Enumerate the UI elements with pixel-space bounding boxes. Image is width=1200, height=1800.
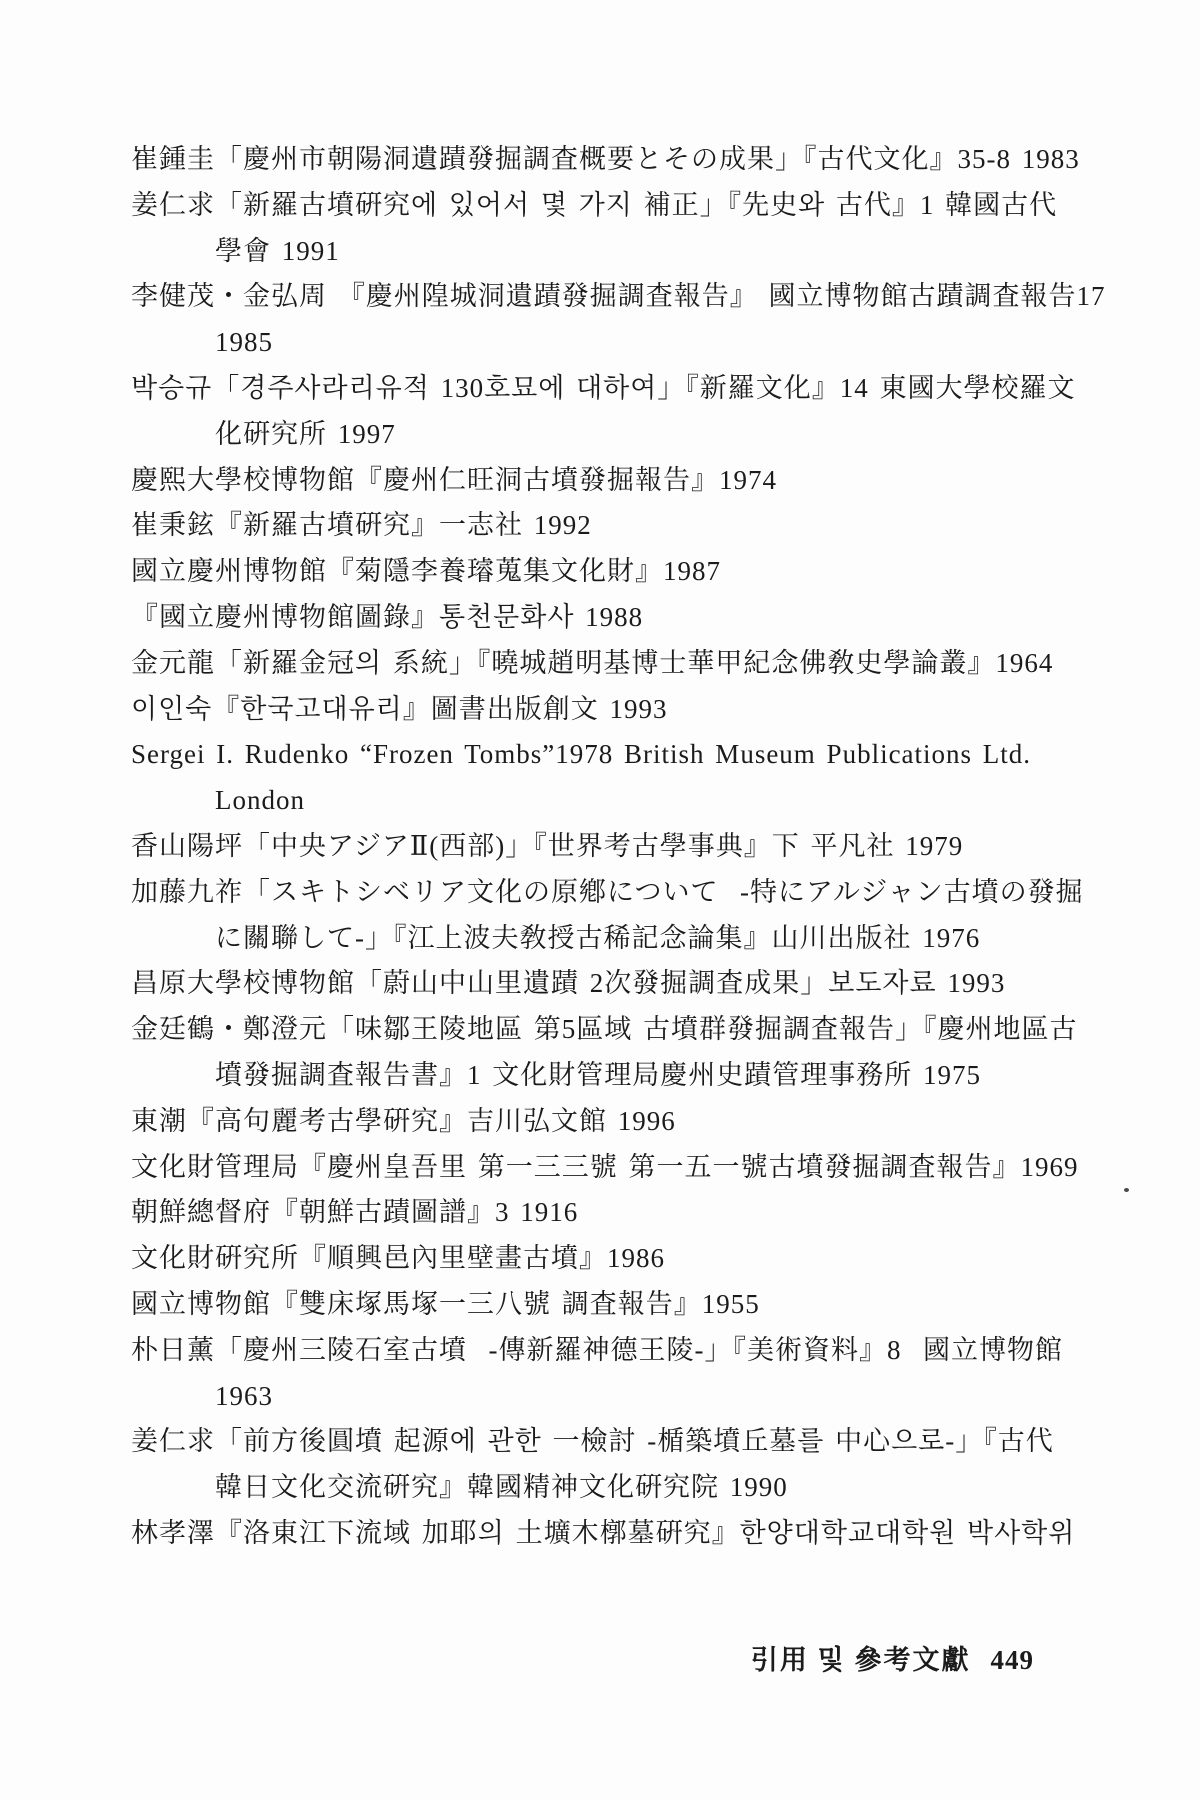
scan-speck <box>1124 1188 1129 1192</box>
page-number: 449 <box>991 1645 1035 1675</box>
page-footer: 引用 및 參考文獻449 <box>716 1607 1034 1708</box>
reference-line: 金廷鶴・鄭澄元「味鄒王陵地區 第5區域 古墳群發掘調査報告」『慶州地區古 <box>131 1007 1141 1053</box>
reference-line: に關聯して-」『江上波夫敎授古稀記念論集』山川出版社 1976 <box>131 916 1141 962</box>
reference-line: 昌原大學校博物館「蔚山中山里遺蹟 2次發掘調査成果」보도자료 1993 <box>131 961 1141 1007</box>
reference-line: 박승규「경주사라리유적 130호묘에 대하여」『新羅文化』14 東國大學校羅文 <box>131 366 1141 412</box>
bibliography-list: 崔鍾圭「慶州市朝陽洞遺蹟發掘調査概要とその成果」『古代文化』35-8 1983姜… <box>131 137 1141 1557</box>
reference-line: 國立慶州博物館『菊隱李養璿蒐集文化財』1987 <box>131 549 1141 595</box>
reference-line: 崔鍾圭「慶州市朝陽洞遺蹟發掘調査概要とその成果」『古代文化』35-8 1983 <box>131 137 1141 183</box>
reference-line: 金元龍「新羅金冠의 系統」『曉城趙明基博士華甲紀念佛敎史學論叢』1964 <box>131 641 1141 687</box>
reference-line: 化硏究所 1997 <box>131 412 1141 458</box>
reference-line: 墳發掘調査報告書』1 文化財管理局慶州史蹟管理事務所 1975 <box>131 1053 1141 1099</box>
reference-line: 國立博物館『雙床塚馬塚一三八號 調査報告』1955 <box>131 1282 1141 1328</box>
reference-line: 文化財管理局『慶州皇吾里 第一三三號 第一五一號古墳發掘調査報告』1969 <box>131 1145 1141 1191</box>
reference-line: 東潮『高句麗考古學硏究』吉川弘文館 1996 <box>131 1099 1141 1145</box>
reference-line: 姜仁求「前方後圓墳 起源에 관한 一檢討 -楯築墳丘墓를 中心으로-」『古代 <box>131 1419 1141 1465</box>
footer-section-title: 引用 및 參考文獻 <box>751 1645 971 1675</box>
reference-line: 慶熙大學校博物館『慶州仁旺洞古墳發掘報告』1974 <box>131 458 1141 504</box>
reference-line: 1963 <box>131 1374 1141 1420</box>
reference-line: 林孝澤『洛東江下流域 加耶의 土壙木槨墓硏究』한양대학교대학원 박사학위 <box>131 1511 1141 1557</box>
reference-line: 香山陽坪「中央アジアⅡ(西部)」『世界考古學事典』下 平凡社 1979 <box>131 824 1141 870</box>
scanned-page: 崔鍾圭「慶州市朝陽洞遺蹟發掘調査概要とその成果」『古代文化』35-8 1983姜… <box>0 0 1200 1800</box>
reference-line: 朝鮮總督府『朝鮮古蹟圖譜』3 1916 <box>131 1190 1141 1236</box>
reference-line: London <box>131 778 1141 824</box>
reference-line: 이인숙『한국고대유리』圖書出版創文 1993 <box>131 687 1141 733</box>
reference-line: 姜仁求「新羅古墳硏究에 있어서 몇 가지 補正」『先史와 古代』1 韓國古代 <box>131 183 1141 229</box>
reference-line: 文化財硏究所『順興邑內里壁畫古墳』1986 <box>131 1236 1141 1282</box>
reference-line: 李健茂・金弘周 『慶州隍城洞遺蹟發掘調査報告』 國立博物館古蹟調査報告17 <box>131 274 1141 320</box>
reference-line: 學會 1991 <box>131 229 1141 275</box>
reference-line: 1985 <box>131 320 1141 366</box>
reference-line: 崔秉鉉『新羅古墳硏究』一志社 1992 <box>131 503 1141 549</box>
reference-line: 韓日文化交流硏究』韓國精神文化硏究院 1990 <box>131 1465 1141 1511</box>
reference-line: 『國立慶州博物館圖錄』통천문화사 1988 <box>131 595 1141 641</box>
reference-line: 加藤九祚「スキトシベリア文化の原鄕について -特にアルジャン古墳の發掘 <box>131 870 1141 916</box>
reference-line: 朴日薰「慶州三陵石室古墳 -傳新羅神德王陵-」『美術資料』8 國立博物館 <box>131 1328 1141 1374</box>
reference-line: Sergei I. Rudenko “Frozen Tombs”1978 Bri… <box>131 732 1141 778</box>
